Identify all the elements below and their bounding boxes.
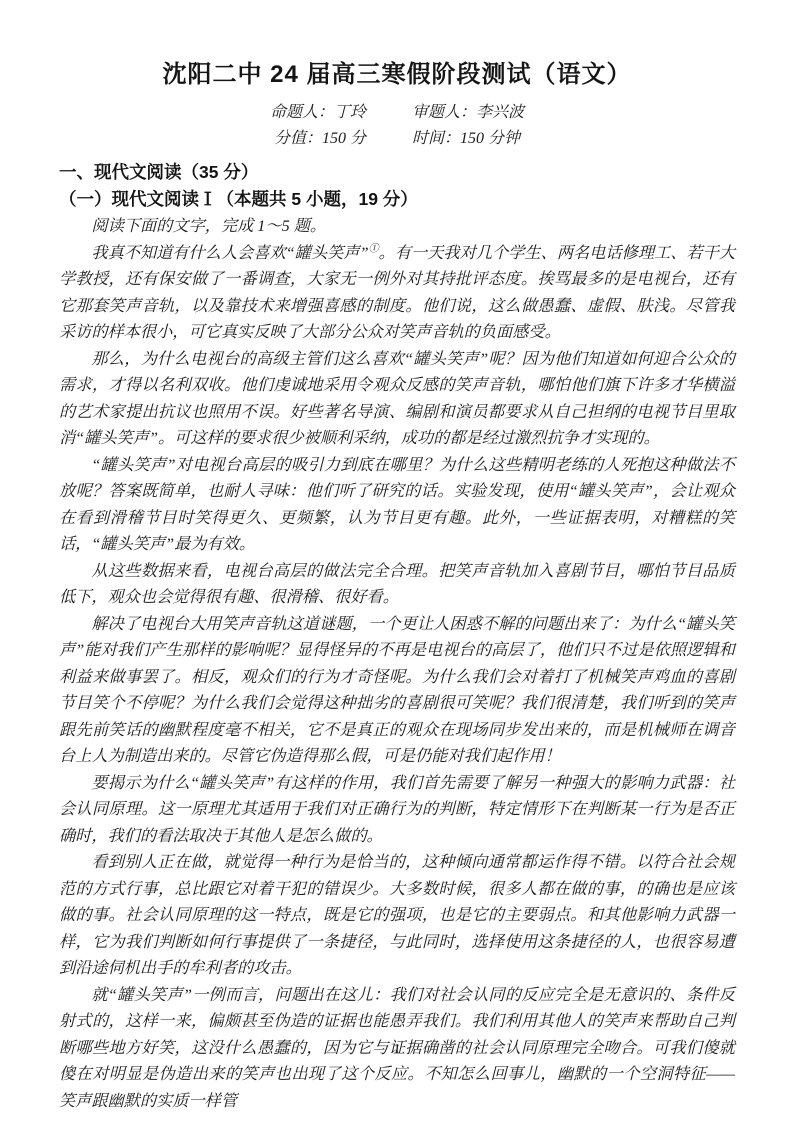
passage-paragraph: 那么，为什么电视台的高级主管们这么喜欢“罐头笑声”呢？因为他们知道如何迎合公众的… xyxy=(59,346,735,452)
meta-setter: 命题人：丁玲 xyxy=(270,100,366,126)
reading-passage: 我真不知道有什么人会喜欢“罐头笑声”①。有一天我对几个学生、两名电话修理工、若干… xyxy=(59,240,735,1115)
reading-instruction: 阅读下面的文字，完成 1～5 题。 xyxy=(59,213,735,240)
paragraph-text: 我真不知道有什么人会喜欢“罐头笑声” xyxy=(91,244,368,262)
passage-paragraph: 从这些数据来看，电视台高层的做法完全合理。把笑声音轨加入喜剧节目，哪怕节目品质低… xyxy=(59,558,735,611)
page-title: 沈阳二中 24 届高三寒假阶段测试（语文） xyxy=(59,58,735,92)
exam-meta-row-1: 命题人：丁玲 审题人：李兴波 xyxy=(59,100,735,126)
document-page: 沈阳二中 24 届高三寒假阶段测试（语文） 命题人：丁玲 审题人：李兴波 分值：… xyxy=(0,0,794,1122)
passage-paragraph: 我真不知道有什么人会喜欢“罐头笑声”①。有一天我对几个学生、两名电话修理工、若干… xyxy=(59,240,735,346)
passage-paragraph: 看到别人正在做，就觉得一种行为是恰当的，这种倾向通常都运作得不错。以符合社会规范… xyxy=(59,849,735,982)
passage-paragraph: “罐头笑声”对电视台高层的吸引力到底在哪里？为什么这些精明老练的人死抱这种做法不… xyxy=(59,452,735,558)
meta-time: 时间：150 分钟 xyxy=(412,126,520,152)
page-number: 1 xyxy=(0,1042,794,1058)
footnote-ref: ① xyxy=(369,243,379,254)
meta-score: 分值：150 分 xyxy=(274,126,366,152)
meta-reviewer: 审题人：李兴波 xyxy=(412,100,524,126)
subsection-heading: （一）现代文阅读Ⅰ（本题共 5 小题，19 分） xyxy=(59,186,735,213)
exam-meta-row-2: 分值：150 分 时间：150 分钟 xyxy=(59,126,735,152)
passage-paragraph: 要揭示为什么“罐头笑声”有这样的作用，我们首先需要了解另一种强大的影响力武器：社… xyxy=(59,770,735,850)
passage-paragraph: 解决了电视台大用笑声音轨这道谜题，一个更让人困惑不解的问题出来了：为什么“罐头笑… xyxy=(59,611,735,770)
section-heading: 一、现代文阅读（35 分） xyxy=(59,159,735,186)
